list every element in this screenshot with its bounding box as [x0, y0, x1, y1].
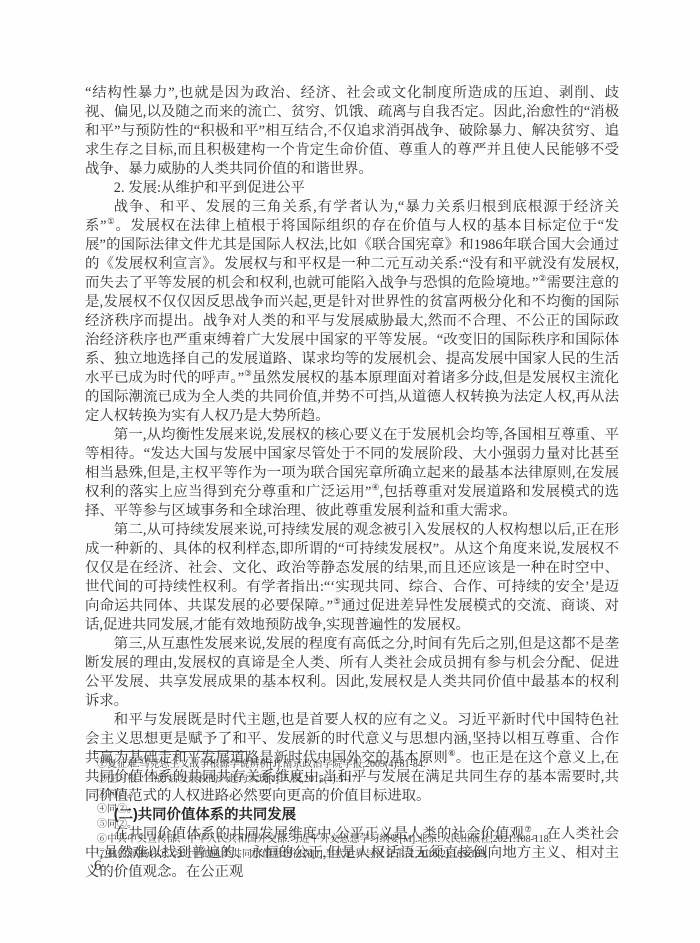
footnote-marker: ⑤ — [333, 596, 341, 606]
footnote-item: ②汪习根.“二战”后发展权的兴起与实现[J].人权,2015(4):5-17. — [85, 772, 619, 787]
paragraph: 第三,从互惠性发展来说,发展的程度有高低之分,时间有先后之别,但是这都不是垄断发… — [85, 635, 619, 711]
paragraph: 第二,从可持续发展来说,可持续发展的观念被引入发展权的人权构想以后,正在形成一种… — [85, 521, 619, 635]
footnote-item: ③同②。 — [85, 787, 619, 802]
paragraph: “结构性暴力”,也就是因为政治、经济、社会或文化制度所造成的压迫、剥削、歧视、偏… — [85, 84, 619, 179]
document-page: “结构性暴力”,也就是因为政治、经济、社会或文化制度所造成的压迫、剥削、歧视、偏… — [0, 0, 700, 943]
footnote-item: ⑦林伯海,杨伟宾.习近平的人类共同价值思想初探[J].当代世界与社会主义,201… — [85, 847, 619, 862]
footnote-item: ④同②。 — [85, 802, 619, 817]
footnote-item: ①夏征难.马克思主义战争根源学说辨析[J].南京政治学院学报,2009(4):8… — [85, 757, 619, 772]
paragraph: 战争、和平、发展的三角关系,有学者认为,“暴力关系归根到底根源于经济关系”①。发… — [85, 198, 619, 426]
paragraph: 第一,从均衡性发展来说,发展权的核心要义在于发展机会均等,各国相互尊重、平等相待… — [85, 426, 619, 521]
text-run: 第三,从互惠性发展来说,发展的程度有高低之分,时间有先后之别,但是这都不是垄断发… — [85, 636, 619, 709]
page-number: 6 — [94, 858, 102, 875]
footnote-item: ⑥中共中央宣传部、中华人民共和国外交部.习近平外交思想学习纲要[M].北京:人民… — [85, 832, 619, 847]
footnote-divider — [93, 751, 247, 752]
footnote-marker: ④ — [371, 482, 379, 492]
footnote-item: ⑤同②。 — [85, 817, 619, 832]
heading: 2. 发展:从维护和平到促进公平 — [85, 179, 619, 198]
footnote-marker: ③ — [244, 368, 252, 378]
text-run: “结构性暴力”,也就是因为政治、经济、社会或文化制度所造成的压迫、剥削、歧视、偏… — [85, 85, 619, 177]
footnote-list: ①夏征难.马克思主义战争根源学说辨析[J].南京政治学院学报,2009(4):8… — [85, 757, 619, 862]
text-run: 2. 发展:从维护和平到促进公平 — [114, 180, 305, 196]
